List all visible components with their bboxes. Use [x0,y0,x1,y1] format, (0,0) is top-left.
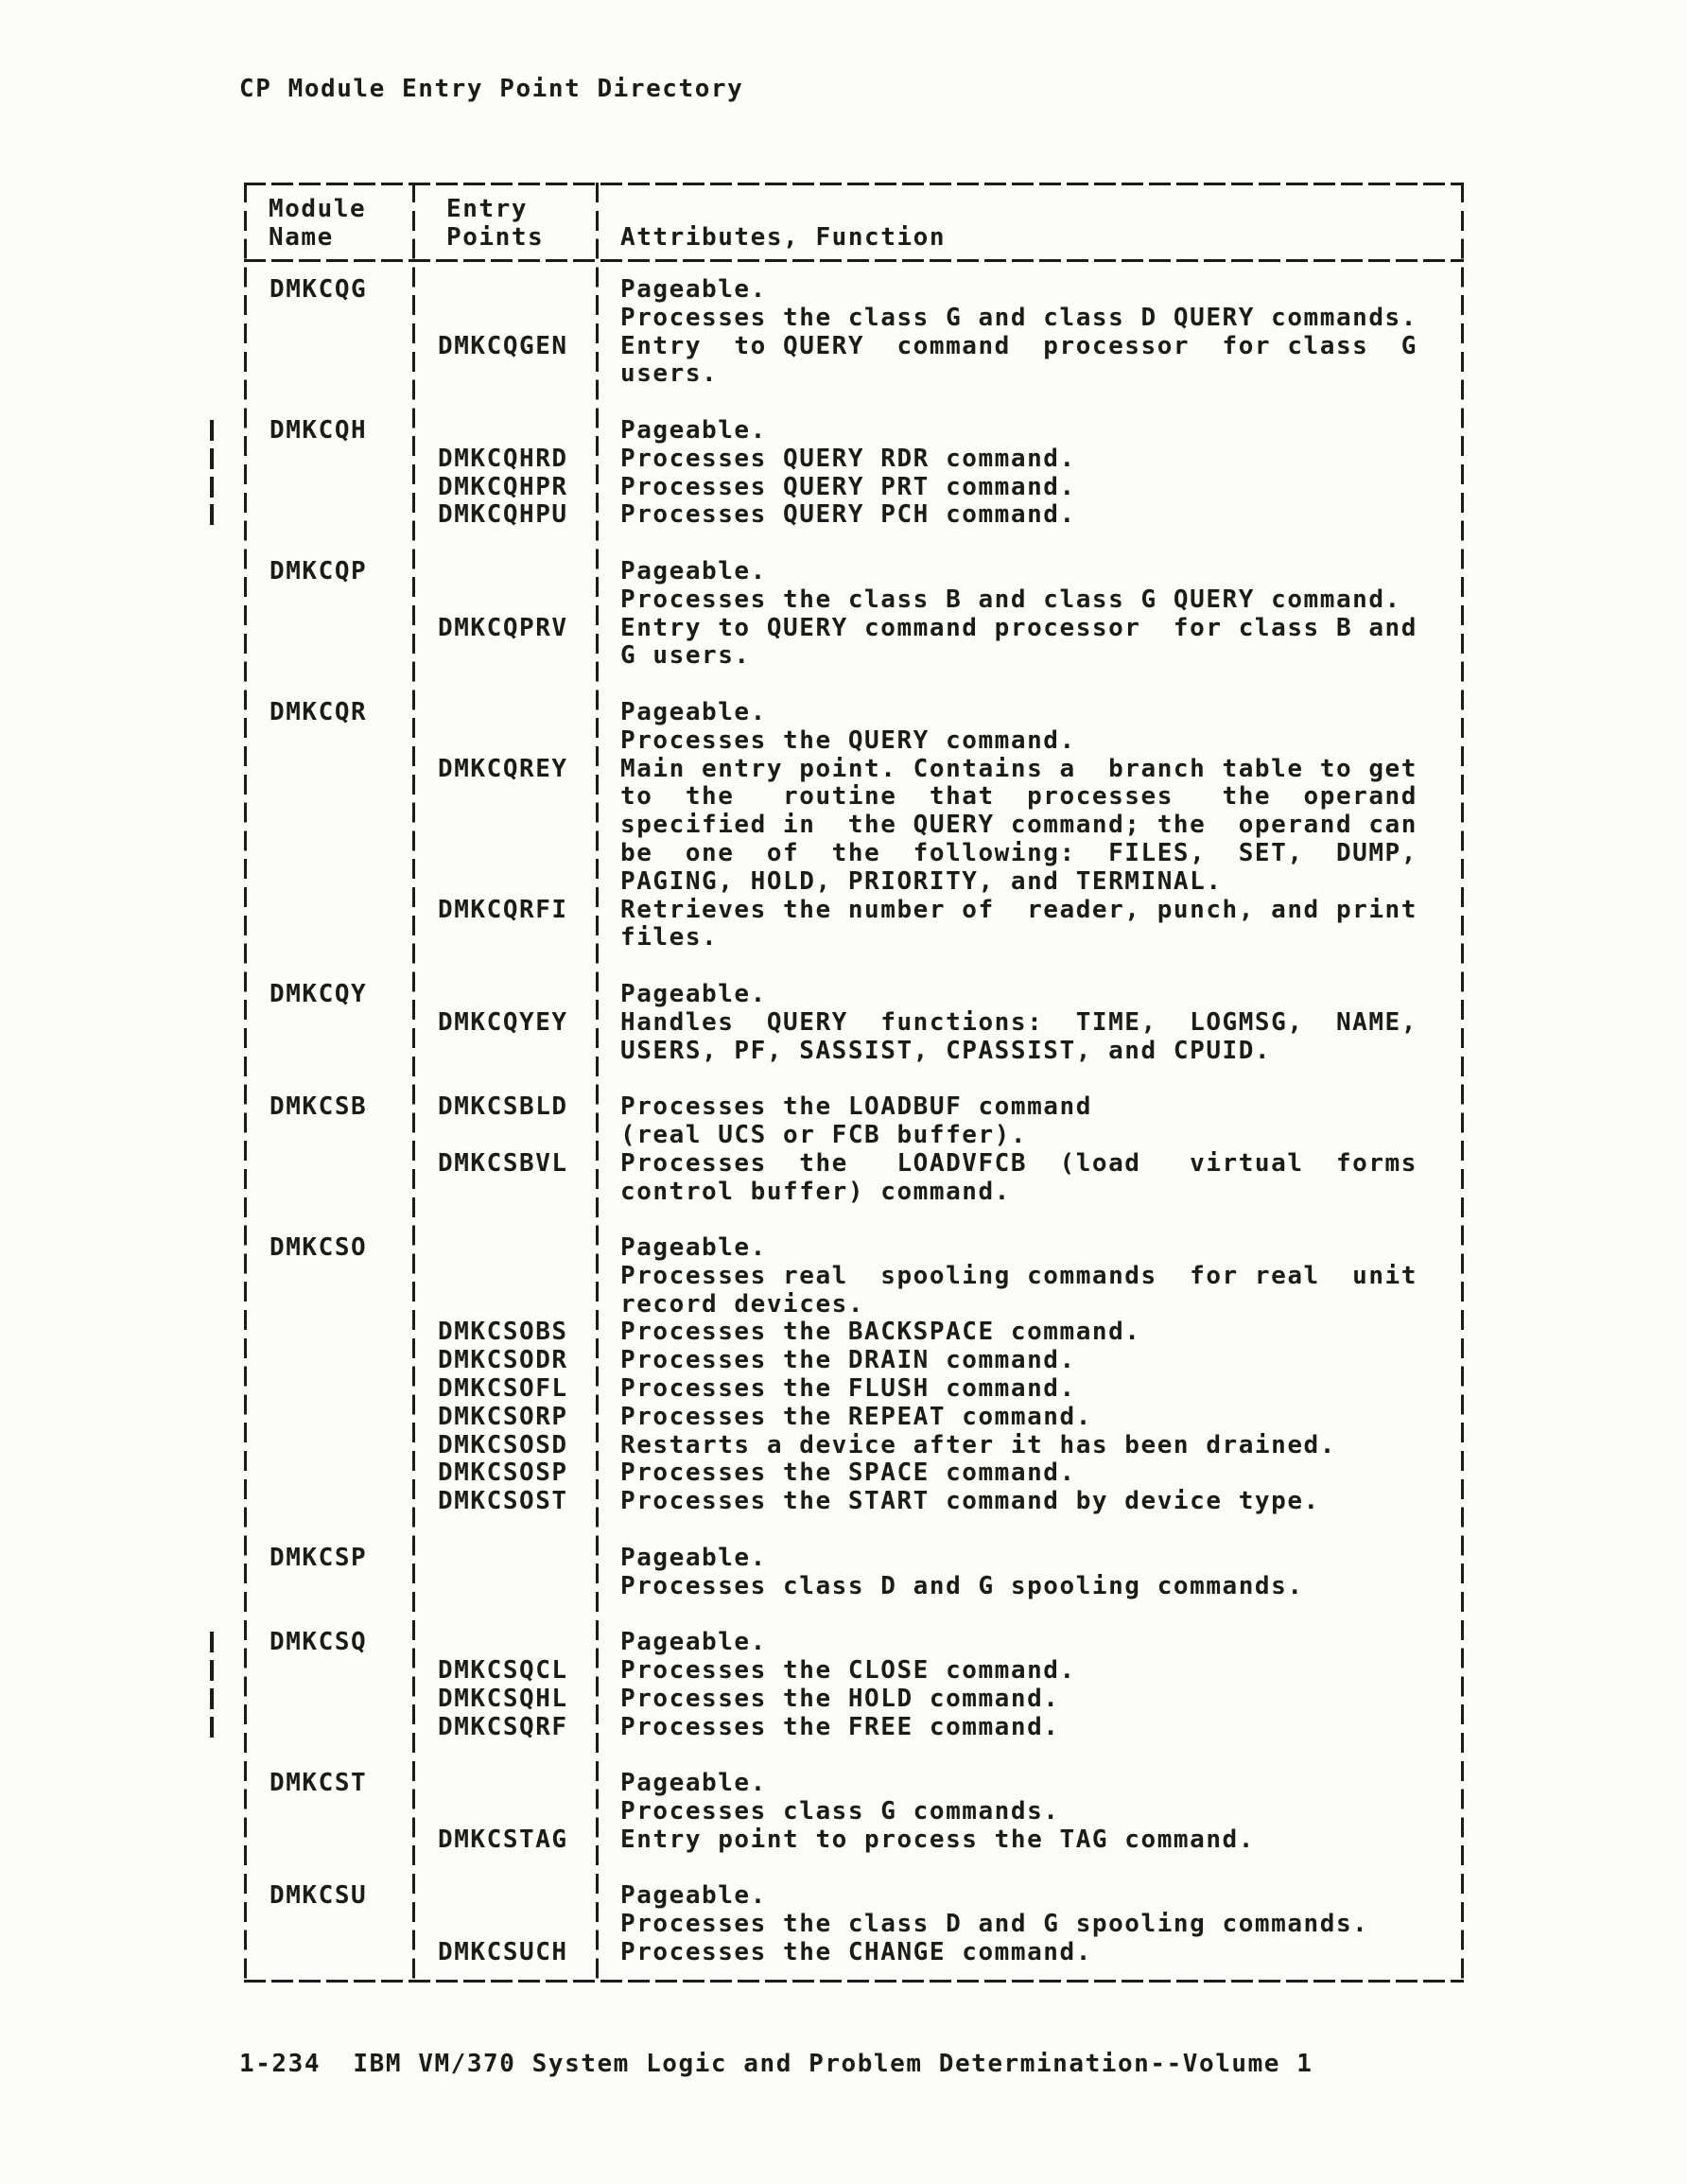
table-row: specified in the QUERY command; the oper… [244,812,1464,840]
table-row: DMKCQH Pageable. [244,417,1464,446]
entry-point-cell: DMKCQYEY [412,1009,596,1038]
table-row [244,530,1464,558]
entry-point-cell [412,1573,596,1601]
entry-point-cell [412,389,596,417]
module-name-cell [244,1150,412,1179]
entry-point-cell [412,586,596,615]
attributes-cell: Processes the LOADBUF command [596,1093,1464,1122]
attributes-cell: PAGING, HOLD, PRIORITY, and TERMINAL. [596,868,1464,897]
attributes-cell: Main entry point. Contains a branch tabl… [596,756,1464,784]
entry-point-cell: DMKCQGEN [412,333,596,361]
module-name-cell [244,952,412,981]
module-name-cell [244,1263,412,1291]
attributes-cell: Processes the CLOSE command. [596,1657,1464,1686]
table-row: DMKCSB DMKCSBLD Processes the LOADBUF co… [244,1093,1464,1122]
entry-point-cell [412,1122,596,1150]
attributes-cell: Processes the HOLD command. [596,1686,1464,1714]
table-row: Processes the class G and class D QUERY … [244,305,1464,333]
attributes-cell [596,389,1464,417]
entry-point-cell: DMKCSOSD [412,1432,596,1460]
attributes-cell: Pageable. [596,276,1464,305]
attributes-cell: files. [596,924,1464,952]
table-row: DMKCQR Pageable. [244,699,1464,727]
entry-point-cell [412,727,596,756]
entry-point-cell: DMKCSOST [412,1488,596,1516]
module-name-cell [244,1939,412,1967]
module-name-cell [244,474,412,502]
attributes-cell: Pageable. [596,981,1464,1009]
attributes-cell [596,1741,1464,1770]
module-name-cell [244,446,412,474]
module-name-cell: DMKCSU [244,1882,412,1911]
attributes-cell: Processes the class B and class G QUERY … [596,586,1464,615]
entry-point-cell [412,417,596,446]
entry-point-cell [412,952,596,981]
table-border-top [244,183,1464,185]
attributes-cell: Pageable. [596,417,1464,446]
module-name-cell [244,1686,412,1714]
attributes-cell: be one of the following: FILES, SET, DUM… [596,840,1464,868]
module-name-cell [244,897,412,925]
entry-point-cell [412,530,596,558]
attributes-cell: Entry to QUERY command processor for cla… [596,333,1464,361]
revision-change-bar [210,420,214,441]
module-name-cell [244,1600,412,1629]
attributes-cell: Processes class D and G spooling command… [596,1573,1464,1601]
module-name-cell [244,868,412,897]
table-border-bottom [244,1980,1464,1983]
entry-point-cell: DMKCSOBS [412,1319,596,1347]
module-name-cell [244,333,412,361]
attributes-cell: Processes the START command by device ty… [596,1488,1464,1516]
attributes-cell: Handles QUERY functions: TIME, LOGMSG, N… [596,1009,1464,1038]
column-header-attributes-function: Attributes, Function [620,224,946,253]
module-name-cell [244,727,412,756]
module-name-cell [244,756,412,784]
entry-point-cell [412,1770,596,1798]
attributes-cell [596,530,1464,558]
entry-point-cell [412,924,596,952]
module-name-cell [244,1516,412,1545]
table-row: DMKCSO Pageable. [244,1234,1464,1263]
table-row: Processes class G commands. [244,1798,1464,1826]
entry-point-cell [412,840,596,868]
table-row: DMKCQY Pageable. [244,981,1464,1009]
table-header-separator [244,259,1464,262]
column-header-module-name: Module Name [269,196,366,253]
module-name-cell [244,305,412,333]
module-name-cell: DMKCQR [244,699,412,727]
entry-point-cell: DMKCQPRV [412,615,596,643]
module-name-cell: DMKCST [244,1770,412,1798]
table-row: DMKCQG Pageable. [244,276,1464,305]
attributes-cell: Processes the FLUSH command. [596,1375,1464,1404]
attributes-cell: Processes real spooling commands for rea… [596,1263,1464,1291]
table-row [244,389,1464,417]
attributes-cell: (real UCS or FCB buffer). [596,1122,1464,1150]
attributes-cell: G users. [596,642,1464,671]
table-row: Processes class D and G spooling command… [244,1573,1464,1601]
table-row [244,952,1464,981]
table-row: DMKCSOBS Processes the BACKSPACE command… [244,1319,1464,1347]
module-name-cell: DMKCSP [244,1545,412,1573]
table-row: DMKCQPRV Entry to QUERY command processo… [244,615,1464,643]
scanned-manual-page: CP Module Entry Point Directory Module N… [0,0,1687,2184]
table-row: DMKCSUCH Processes the CHANGE command. [244,1939,1464,1967]
module-name-cell [244,642,412,671]
entry-point-cell [412,1855,596,1883]
entry-point-cell: DMKCSUCH [412,1939,596,1967]
entry-point-cell [412,1629,596,1657]
module-name-cell [244,1206,412,1234]
entry-point-cell [412,671,596,699]
table-row: DMKCSOFL Processes the FLUSH command. [244,1375,1464,1404]
entry-point-cell: DMKCSQRF [412,1714,596,1742]
module-name-cell [244,1826,412,1855]
table-row [244,671,1464,699]
attributes-cell: Pageable. [596,1629,1464,1657]
module-name-cell [244,1573,412,1601]
module-name-cell [244,1038,412,1066]
attributes-cell: Processes the BACKSPACE command. [596,1319,1464,1347]
entry-point-cell [412,1038,596,1066]
entry-point-cell [412,1206,596,1234]
table-row: files. [244,924,1464,952]
entry-point-cell [412,1545,596,1573]
table-row: DMKCSQCL Processes the CLOSE command. [244,1657,1464,1686]
column-header-entry-points: Entry Points [446,196,544,253]
table-row: DMKCQRFI Retrieves the number of reader,… [244,897,1464,925]
attributes-cell: Pageable. [596,1545,1464,1573]
attributes-cell: to the routine that processes the operan… [596,783,1464,812]
module-name-cell [244,1911,412,1939]
entry-point-cell [412,783,596,812]
entry-point-cell: DMKCSODR [412,1347,596,1375]
attributes-cell: Processes the class D and G spooling com… [596,1911,1464,1939]
table-row: DMKCSTAG Entry point to process the TAG … [244,1826,1464,1855]
entry-point-cell [412,812,596,840]
module-name-cell: DMKCSO [244,1234,412,1263]
entry-point-cell [412,1741,596,1770]
module-name-cell [244,530,412,558]
table-row: DMKCST Pageable. [244,1770,1464,1798]
table-row: USERS, PF, SASSIST, CPASSIST, and CPUID. [244,1038,1464,1066]
attributes-cell: Retrieves the number of reader, punch, a… [596,897,1464,925]
entry-point-cell [412,642,596,671]
entry-point-cell [412,868,596,897]
attributes-cell [596,1065,1464,1093]
revision-change-bar [210,448,214,469]
attributes-cell: Pageable. [596,1770,1464,1798]
attributes-cell [596,671,1464,699]
table-row: (real UCS or FCB buffer). [244,1122,1464,1150]
module-name-cell [244,924,412,952]
entry-point-cell [412,1234,596,1263]
entry-point-directory-table: Module Name Entry Points Attributes, Fun… [244,183,1464,1983]
attributes-cell: Processes the FREE command. [596,1714,1464,1742]
table-row: Processes the class D and G spooling com… [244,1911,1464,1939]
attributes-cell: Processes QUERY PCH command. [596,501,1464,530]
attributes-cell [596,1516,1464,1545]
table-row: control buffer) command. [244,1179,1464,1207]
entry-point-cell: DMKCQHPU [412,501,596,530]
entry-point-cell: DMKCSTAG [412,1826,596,1855]
table-row [244,1741,1464,1770]
entry-point-cell [412,1516,596,1545]
attributes-cell: Entry to QUERY command processor for cla… [596,615,1464,643]
table-row: be one of the following: FILES, SET, DUM… [244,840,1464,868]
module-name-cell [244,1065,412,1093]
attributes-cell: USERS, PF, SASSIST, CPASSIST, and CPUID. [596,1038,1464,1066]
table-row: DMKCSQHL Processes the HOLD command. [244,1686,1464,1714]
table-body: DMKCQG Pageable. Processes the class G a… [244,276,1464,1967]
module-name-cell: DMKCQH [244,417,412,446]
attributes-cell: Processes the SPACE command. [596,1459,1464,1488]
entry-point-cell [412,1600,596,1629]
module-name-cell [244,1741,412,1770]
entry-point-cell: DMKCSBLD [412,1093,596,1122]
attributes-cell: Processes the QUERY command. [596,727,1464,756]
attributes-cell: Restarts a device after it has been drai… [596,1432,1464,1460]
module-name-cell: DMKCSQ [244,1629,412,1657]
module-name-cell [244,615,412,643]
table-row: record devices. [244,1291,1464,1319]
entry-point-cell [412,305,596,333]
entry-point-cell: DMKCSOFL [412,1375,596,1404]
module-name-cell [244,586,412,615]
attributes-cell [596,1855,1464,1883]
table-row: DMKCQREY Main entry point. Contains a br… [244,756,1464,784]
module-name-cell [244,671,412,699]
entry-point-cell: DMKCQHRD [412,446,596,474]
table-row: DMKCQHRD Processes QUERY RDR command. [244,446,1464,474]
module-name-cell [244,1291,412,1319]
entry-point-cell: DMKCQRFI [412,897,596,925]
table-row: DMKCSODR Processes the DRAIN command. [244,1347,1464,1375]
attributes-cell: Processes the REPEAT command. [596,1404,1464,1432]
entry-point-cell [412,1911,596,1939]
attributes-cell: Pageable. [596,699,1464,727]
attributes-cell: Processes QUERY RDR command. [596,446,1464,474]
table-row: DMKCSORP Processes the REPEAT command. [244,1404,1464,1432]
module-name-cell [244,389,412,417]
revision-change-bar [210,477,214,498]
module-name-cell [244,1855,412,1883]
table-row: Processes the QUERY command. [244,727,1464,756]
entry-point-cell [412,1263,596,1291]
entry-point-cell: DMKCSOSP [412,1459,596,1488]
table-row: users. [244,360,1464,389]
table-row: DMKCQHPR Processes QUERY PRT command. [244,474,1464,502]
entry-point-cell: DMKCSQHL [412,1686,596,1714]
module-name-cell [244,1319,412,1347]
table-row: G users. [244,642,1464,671]
attributes-cell: Pageable. [596,1234,1464,1263]
attributes-cell [596,952,1464,981]
table-row: DMKCSP Pageable. [244,1545,1464,1573]
entry-point-cell [412,981,596,1009]
module-name-cell [244,812,412,840]
entry-point-cell [412,1882,596,1911]
page-footer: 1-234 IBM VM/370 System Logic and Proble… [239,2051,1313,2079]
module-name-cell [244,1404,412,1432]
entry-point-cell: DMKCQHPR [412,474,596,502]
module-name-cell [244,1375,412,1404]
entry-point-cell [412,1798,596,1826]
table-row: DMKCSOST Processes the START command by … [244,1488,1464,1516]
table-row: Processes real spooling commands for rea… [244,1263,1464,1291]
module-name-cell [244,840,412,868]
module-name-cell: DMKCQG [244,276,412,305]
table-row: DMKCSOSP Processes the SPACE command. [244,1459,1464,1488]
entry-point-cell [412,1065,596,1093]
entry-point-cell: DMKCQREY [412,756,596,784]
attributes-cell: Processes class G commands. [596,1798,1464,1826]
table-row [244,1855,1464,1883]
entry-point-cell [412,558,596,586]
attributes-cell: control buffer) command. [596,1179,1464,1207]
module-name-cell [244,1179,412,1207]
table-row [244,1206,1464,1234]
module-name-cell [244,1122,412,1150]
page-title: CP Module Entry Point Directory [239,76,743,104]
table-row [244,1516,1464,1545]
table-row: Processes the class B and class G QUERY … [244,586,1464,615]
entry-point-cell [412,1179,596,1207]
table-row: DMKCSU Pageable. [244,1882,1464,1911]
revision-change-bar [210,1717,214,1738]
module-name-cell: DMKCQP [244,558,412,586]
module-name-cell [244,1714,412,1742]
table-row [244,1600,1464,1629]
entry-point-cell: DMKCSORP [412,1404,596,1432]
table-row: DMKCSQ Pageable. [244,1629,1464,1657]
module-name-cell [244,1488,412,1516]
revision-change-bar [210,1688,214,1709]
attributes-cell: Processes the CHANGE command. [596,1939,1464,1967]
table-row: DMKCSBVL Processes the LOADVFCB (load vi… [244,1150,1464,1179]
module-name-cell [244,1347,412,1375]
attributes-cell: Processes the class G and class D QUERY … [596,305,1464,333]
entry-point-cell: DMKCSQCL [412,1657,596,1686]
entry-point-cell [412,276,596,305]
revision-change-bar [210,1632,214,1652]
entry-point-cell [412,360,596,389]
table-row: DMKCSOSD Restarts a device after it has … [244,1432,1464,1460]
module-name-cell [244,1657,412,1686]
revision-change-bar [210,1660,214,1681]
attributes-cell: Processes the DRAIN command. [596,1347,1464,1375]
revision-change-bar [210,504,214,525]
table-row: PAGING, HOLD, PRIORITY, and TERMINAL. [244,868,1464,897]
module-name-cell [244,1432,412,1460]
table-row [244,1065,1464,1093]
entry-point-cell [412,1291,596,1319]
attributes-cell [596,1600,1464,1629]
module-name-cell [244,783,412,812]
table-row: DMKCQYEY Handles QUERY functions: TIME, … [244,1009,1464,1038]
table-row: to the routine that processes the operan… [244,783,1464,812]
attributes-cell: Processes QUERY PRT command. [596,474,1464,502]
module-name-cell [244,1798,412,1826]
entry-point-cell [412,699,596,727]
attributes-cell: Pageable. [596,1882,1464,1911]
table-row: DMKCSQRF Processes the FREE command. [244,1714,1464,1742]
module-name-cell: DMKCSB [244,1093,412,1122]
module-name-cell [244,1009,412,1038]
entry-point-cell: DMKCSBVL [412,1150,596,1179]
table-row: DMKCQGEN Entry to QUERY command processo… [244,333,1464,361]
table-row: DMKCQP Pageable. [244,558,1464,586]
attributes-cell: users. [596,360,1464,389]
attributes-cell: specified in the QUERY command; the oper… [596,812,1464,840]
attributes-cell: Pageable. [596,558,1464,586]
attributes-cell: record devices. [596,1291,1464,1319]
module-name-cell [244,360,412,389]
attributes-cell: Entry point to process the TAG command. [596,1826,1464,1855]
attributes-cell [596,1206,1464,1234]
module-name-cell [244,501,412,530]
table-row: DMKCQHPU Processes QUERY PCH command. [244,501,1464,530]
module-name-cell: DMKCQY [244,981,412,1009]
attributes-cell: Processes the LOADVFCB (load virtual for… [596,1150,1464,1179]
module-name-cell [244,1459,412,1488]
